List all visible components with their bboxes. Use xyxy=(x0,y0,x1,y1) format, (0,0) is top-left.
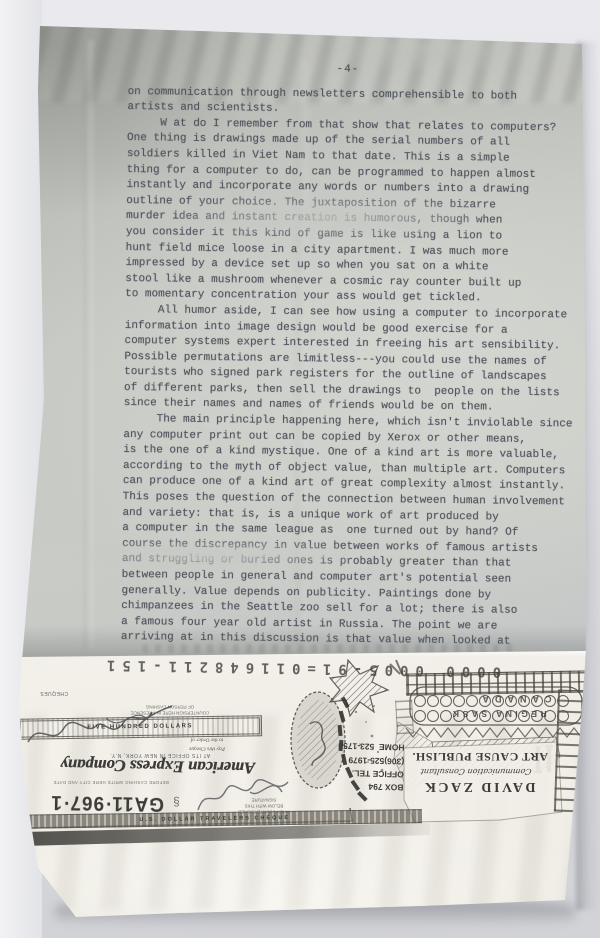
typed-paragraph: The main principle happening here, which… xyxy=(121,412,576,651)
paper-crease xyxy=(84,40,96,650)
photo-of-letter: -4- on communication through newsletters… xyxy=(0,0,600,938)
order-line: to the Order of xyxy=(178,734,236,743)
countersign-fine-print: COUNTERSIGN HERE IN PRESENCE OF PERSON C… xyxy=(128,704,212,716)
card-contact-block: BOX 794 OFFICE TEL. (306)525-1979 HOME 5… xyxy=(329,739,404,794)
typed-paragraph: on communication through newsletters com… xyxy=(127,85,579,122)
card-title: Communication Consultant xyxy=(417,767,535,776)
ladder-ornament-small xyxy=(395,700,414,735)
sawtooth-band xyxy=(406,728,581,737)
typed-page: -4- on communication through newsletters… xyxy=(121,60,580,651)
amount-band-text: FIVE HUNDRED DOLLARS xyxy=(87,724,193,731)
before-cashing-fine-print: BEFORE CASHING WRITE HERE CITY AND DATE xyxy=(44,780,178,785)
cheque-serial-number: GA11·967·1 xyxy=(6,789,164,815)
bubble-city: REGINA SASK xyxy=(424,709,572,719)
typed-paragraph: All humor aside, I can see how using a c… xyxy=(124,303,577,418)
card-name: DAVID ZACK xyxy=(408,778,550,794)
bubble-country: CANADA xyxy=(452,694,576,704)
section-mark: § xyxy=(160,795,180,809)
travelers-band-text: U.S. DOLLAR TRAVELERS CHEQUE xyxy=(140,815,291,823)
cheques-label: CHEQUES xyxy=(36,690,72,696)
typed-paragraph: W at do I remember from that show that r… xyxy=(125,116,579,309)
company-blackletter: American Express Company xyxy=(36,754,280,778)
pay-order-lines: Pay this Cheque to the Order of xyxy=(178,734,236,753)
card-organization: ART CAUSE PUBLISH. xyxy=(404,749,556,764)
